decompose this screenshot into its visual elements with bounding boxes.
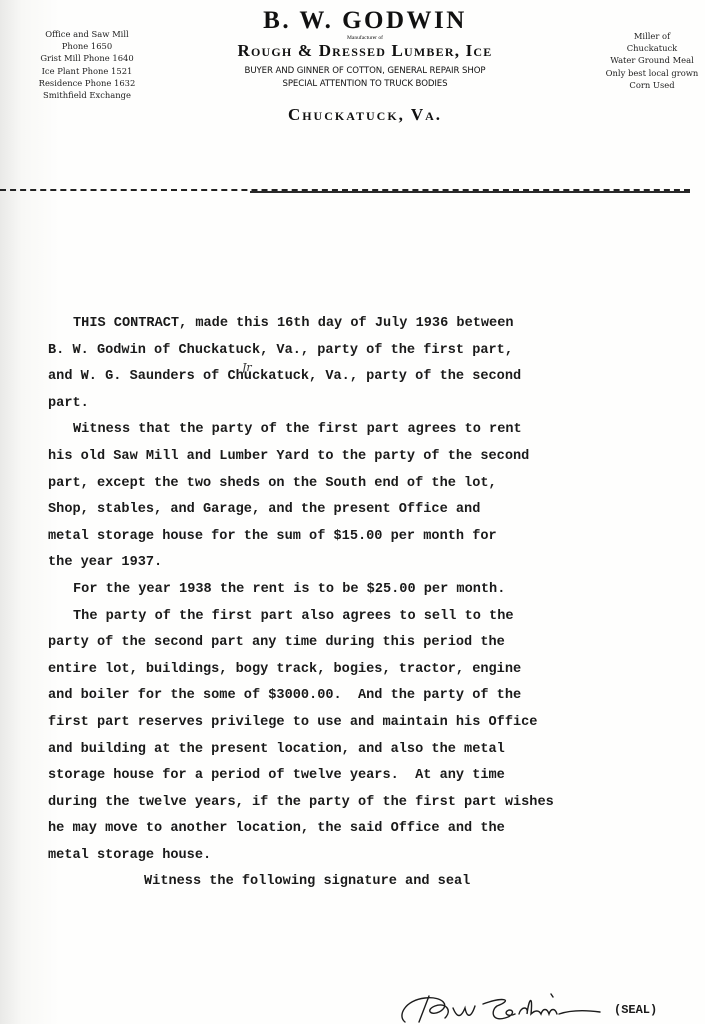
contract-line: B. W. Godwin of Chuckatuck, Va., party o…	[48, 338, 688, 365]
contract-line: and boiler for the some of $3000.00. And…	[48, 683, 688, 710]
contract-line: and W. G. Saunders of Chuckatuck, Va., p…	[48, 364, 688, 391]
seal-label: (SEAL)	[614, 1003, 657, 1017]
buyer-line: BUYER AND GINNER OF COTTON, GENERAL REPA…	[170, 65, 560, 78]
contract-line: during the twelve years, if the party of…	[48, 790, 688, 817]
contract-body: THIS CONTRACT, made this 16th day of Jul…	[48, 311, 688, 896]
contract-line: and building at the present location, an…	[48, 737, 688, 764]
special-attention-line: SPECIAL ATTENTION TO TRUCK BODIES	[170, 78, 560, 91]
signature-icon	[395, 988, 610, 1024]
contract-line: part.	[48, 391, 688, 418]
contract-line: The party of the first part also agrees …	[48, 604, 688, 631]
company-name: B. W. GODWIN	[170, 6, 560, 36]
contract-line: the year 1937.	[48, 550, 688, 577]
contract-line: party of the second part any time during…	[48, 630, 688, 657]
phone-line: Smithfield Exchange	[22, 89, 152, 101]
contract-line: storage house for a period of twelve yea…	[48, 763, 688, 790]
miller-line: Chuckatuck	[592, 42, 705, 54]
phone-line: Grist Mill Phone 1640	[22, 52, 152, 64]
contract-line: his old Saw Mill and Lumber Yard to the …	[48, 444, 688, 471]
letterhead-miller-block: Miller of Chuckatuck Water Ground Meal O…	[592, 30, 705, 91]
contract-line: THIS CONTRACT, made this 16th day of Jul…	[48, 311, 688, 338]
document-page: Office and Saw Mill Phone 1650 Grist Mil…	[0, 0, 705, 1024]
phone-line: Office and Saw Mill	[22, 28, 152, 40]
products-line: Rough & Dressed Lumber, Ice	[170, 41, 560, 61]
city-line: Chuckatuck, Va.	[170, 105, 560, 125]
miller-line: Only best local grown	[592, 67, 705, 79]
letterhead-title-block: B. W. GODWIN Manufacturer of Rough & Dre…	[170, 4, 560, 125]
phone-line: Phone 1650	[22, 40, 152, 52]
contract-line: Shop, stables, and Garage, and the prese…	[48, 497, 688, 524]
witness-line: Witness the following signature and seal	[48, 869, 688, 896]
letterhead-divider-solid	[250, 191, 690, 193]
miller-line: Miller of	[592, 30, 705, 42]
phone-line: Ice Plant Phone 1521	[22, 65, 152, 77]
contract-line: metal storage house.	[48, 843, 688, 870]
contract-line: he may move to another location, the sai…	[48, 816, 688, 843]
miller-line: Water Ground Meal	[592, 54, 705, 66]
letterhead-phone-block: Office and Saw Mill Phone 1650 Grist Mil…	[22, 28, 152, 101]
contract-line: first part reserves privilege to use and…	[48, 710, 688, 737]
handwritten-jr-insert: Jr	[242, 361, 252, 374]
contract-line: Witness that the party of the first part…	[48, 417, 688, 444]
contract-line: part, except the two sheds on the South …	[48, 471, 688, 498]
phone-line: Residence Phone 1632	[22, 77, 152, 89]
contract-line: For the year 1938 the rent is to be $25.…	[48, 577, 688, 604]
contract-line: entire lot, buildings, bogy track, bogie…	[48, 657, 688, 684]
contract-line: metal storage house for the sum of $15.0…	[48, 524, 688, 551]
miller-line: Corn Used	[592, 79, 705, 91]
